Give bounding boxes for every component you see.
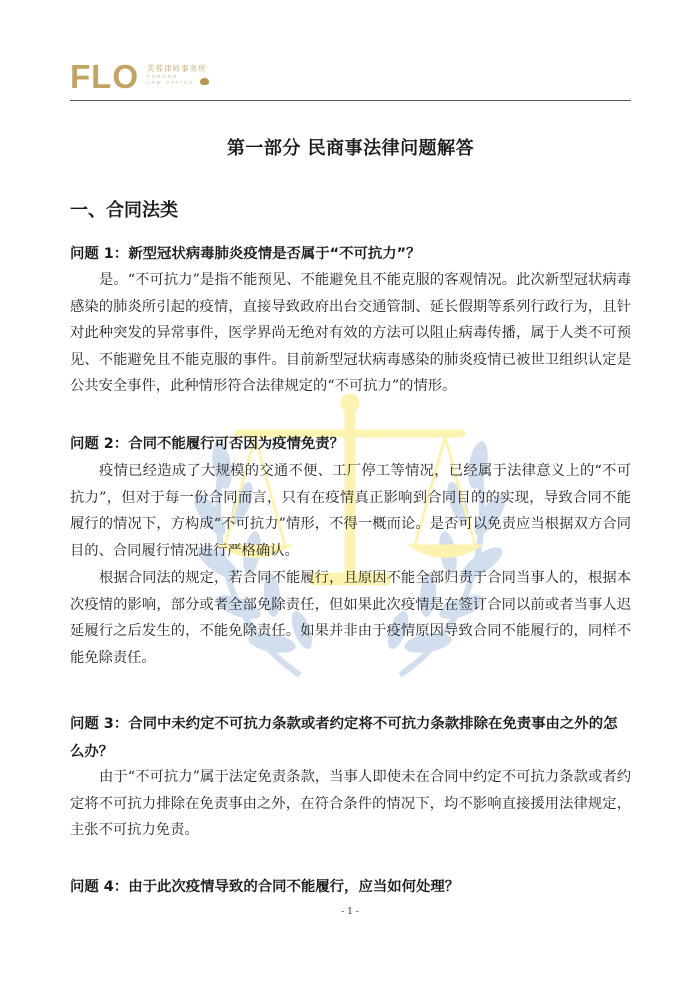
document-page: FLO 芙蓉律师事务所 FURONG LAW OFFICE xyxy=(0,0,700,989)
question-3-heading: 问题 3：合同中未约定不可抗力条款或者约定将不可抗力条款排除在免责事由之外的怎么… xyxy=(70,710,631,766)
logo-chinese-name: 芙蓉律师事务所 xyxy=(147,64,209,74)
page-title: 第一部分 民商事法律问题解答 xyxy=(70,134,631,160)
header-divider xyxy=(70,100,631,101)
question-2-answer-1: 疫情已经造成了大规模的交通不便、工厂停工等情况，已经属于法律意义上的“不可抗力”… xyxy=(70,458,631,564)
question-2-heading: 问题 2：合同不能履行可否因为疫情免责？ xyxy=(70,430,631,458)
section-heading: 一、合同法类 xyxy=(70,196,178,222)
page-number: - 1 - xyxy=(0,907,700,917)
question-4-heading: 问题 4：由于此次疫情导致的合同不能履行，应当如何处理？ xyxy=(70,873,631,901)
firm-logo: FLO 芙蓉律师事务所 FURONG LAW OFFICE xyxy=(70,62,209,94)
logo-seal-icon xyxy=(200,78,209,85)
question-3-answer: 由于“不可抗力”属于法定免责条款，当事人即使未在合同中约定不可抗力条款或者约定将… xyxy=(70,764,631,844)
question-2-answer-2: 根据合同法的规定，若合同不能履行，且原因不能全部归责于合同当事人的，根据本次疫情… xyxy=(70,565,631,671)
question-1-heading: 问题 1：新型冠状病毒肺炎疫情是否属于“不可抗力”？ xyxy=(70,240,631,268)
logo-english-row: FURONG LAW OFFICE xyxy=(147,74,209,86)
logo-mark: FLO xyxy=(70,62,139,92)
logo-english-line2: LAW OFFICE xyxy=(147,80,194,86)
logo-subtitle: 芙蓉律师事务所 FURONG LAW OFFICE xyxy=(147,64,209,86)
question-1-answer: 是。“不可抗力”是指不能预见、不能避免且不能克服的客观情况。此次新型冠状病毒感染… xyxy=(70,267,631,400)
